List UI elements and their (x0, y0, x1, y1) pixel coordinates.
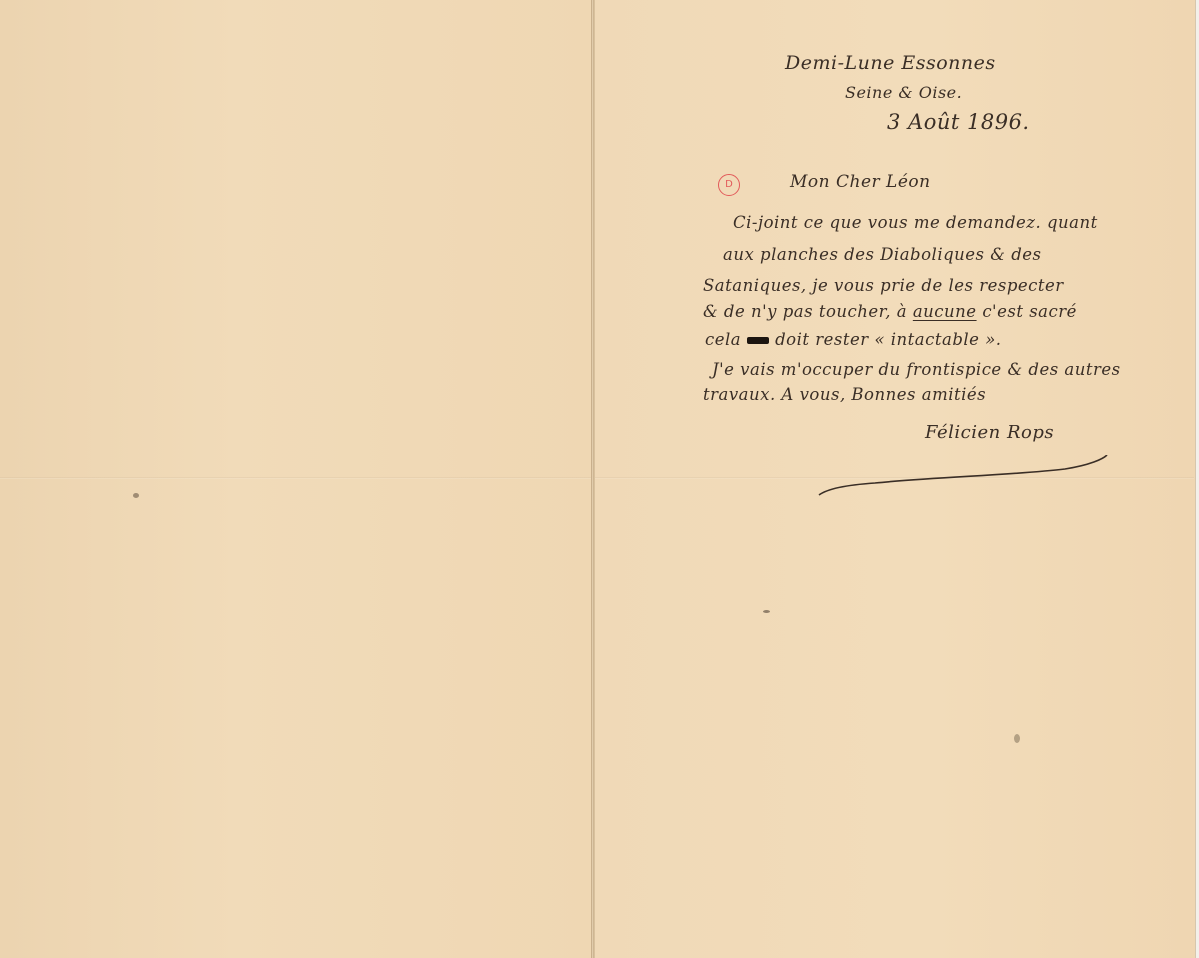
body-line: travaux. A vous, Bonnes amitiés (703, 385, 986, 404)
body-text: cela (705, 330, 741, 349)
body-line: Sataniques, je vous prie de les respecte… (703, 276, 1064, 295)
signature-flourish-icon (815, 455, 1115, 500)
letter-region: Seine & Oise. (845, 83, 962, 102)
letter-place: Demi-Lune Essonnes (785, 52, 996, 74)
left-page (0, 0, 592, 958)
horizontal-fold-left (0, 477, 591, 479)
archive-stamp: D (718, 174, 740, 196)
letter-date: 3 Août 1896. (887, 110, 1030, 134)
signature: Félicien Rops (925, 422, 1054, 443)
paper-speck (133, 493, 139, 498)
underlined-word: aucune (913, 302, 977, 321)
body-text: & de n'y pas toucher, à (703, 302, 907, 321)
ink-blot (747, 337, 769, 344)
body-line: & de n'y pas toucher, à aucune c'est sac… (703, 302, 1077, 321)
body-text: doit rester « intactable ». (775, 330, 1001, 349)
body-line: Ci-joint ce que vous me demandez. quant (733, 213, 1098, 232)
letter-content: Demi-Lune Essonnes Seine & Oise. 3 Août … (595, 0, 1194, 958)
body-text: c'est sacré (982, 302, 1077, 321)
body-line: J'e vais m'occuper du frontispice & des … (712, 360, 1121, 379)
body-line: aux planches des Diaboliques & des (723, 245, 1042, 264)
salutation: Mon Cher Léon (790, 172, 931, 192)
body-line: celadoit rester « intactable ». (705, 330, 1002, 349)
